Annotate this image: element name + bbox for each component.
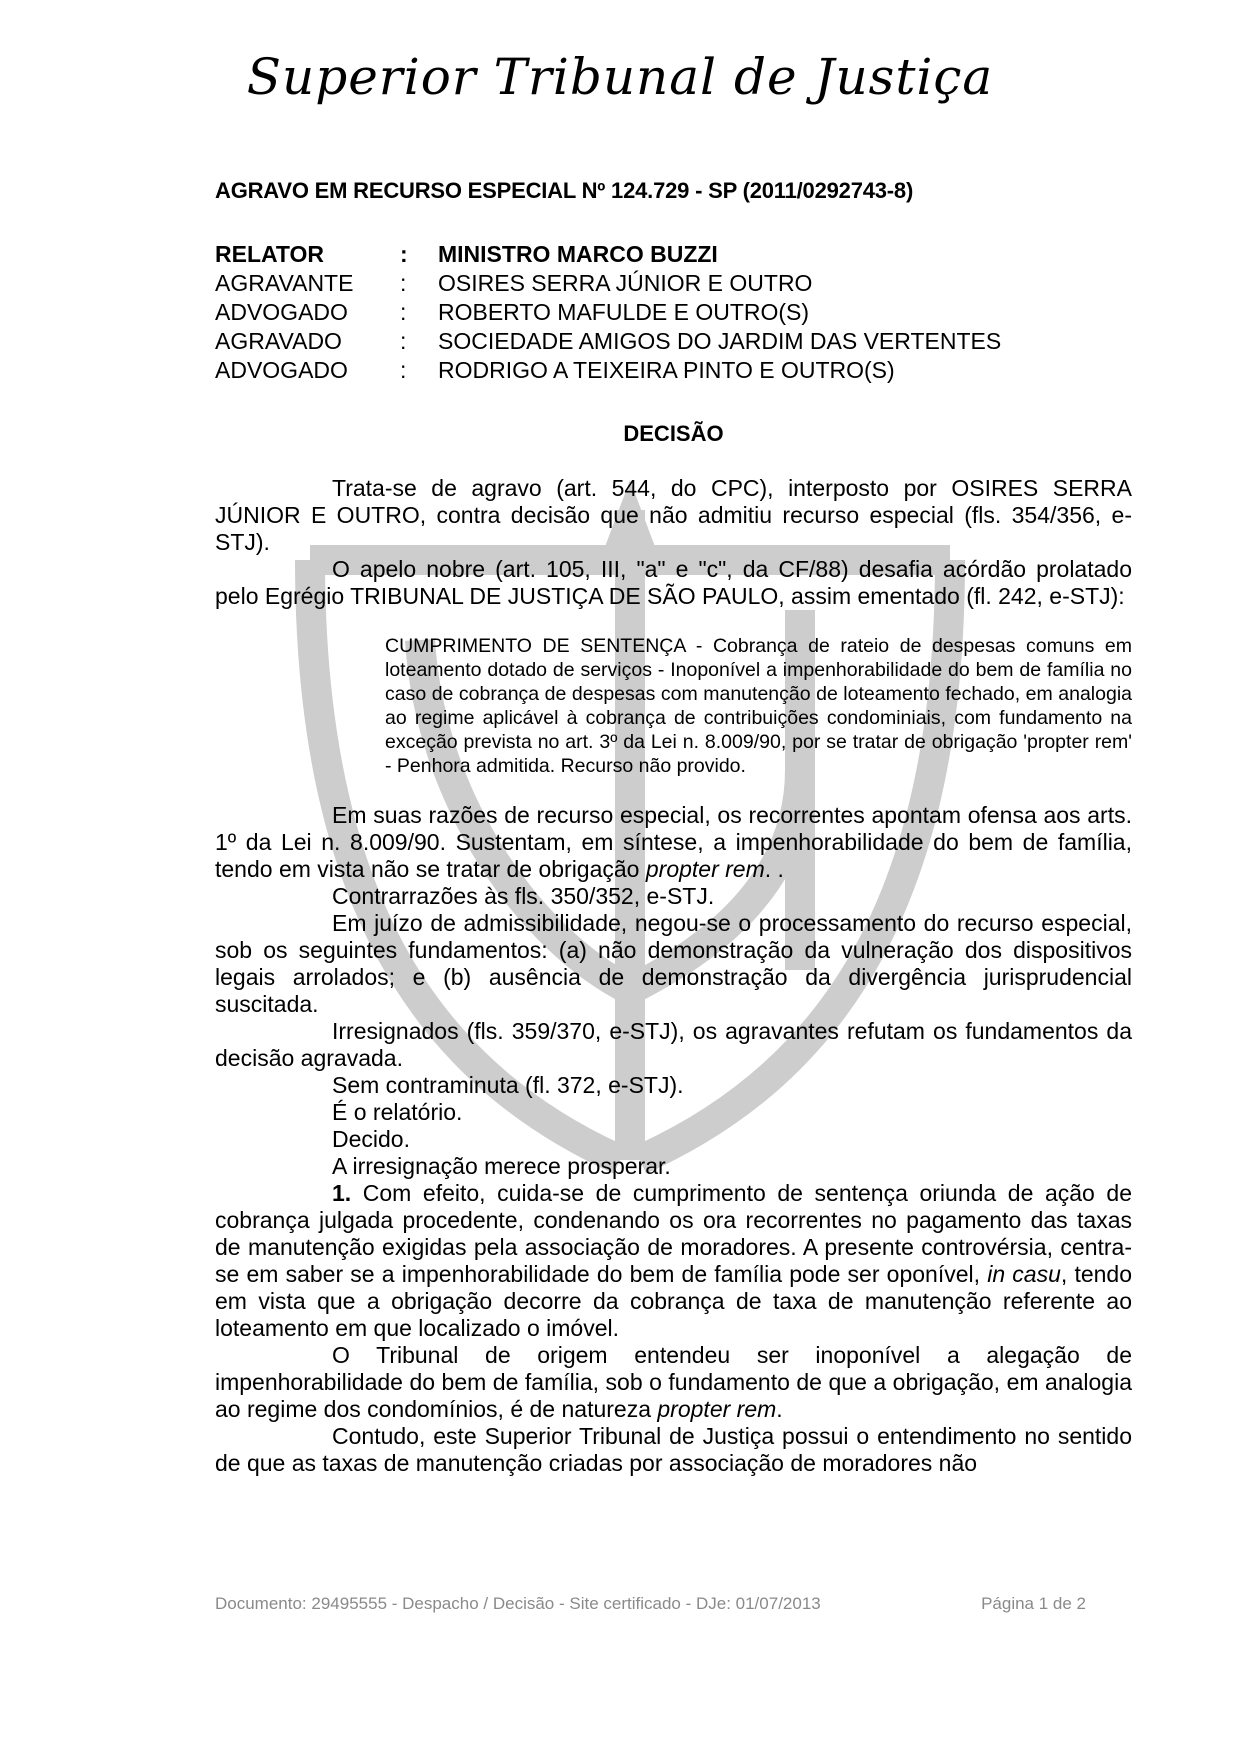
paragraph: Contrarrazões às fls. 350/352, e-STJ. <box>215 883 1132 910</box>
italic-term: propter rem <box>657 1396 776 1422</box>
party-row-relator: RELATOR : MINISTRO MARCO BUZZI <box>215 240 1132 269</box>
party-role: AGRAVADO <box>215 327 400 356</box>
paragraph: Trata-se de agravo (art. 544, do CPC), i… <box>215 475 1132 556</box>
paragraph: Em suas razões de recurso especial, os r… <box>215 802 1132 883</box>
block-quote-ementa: CUMPRIMENTO DE SENTENÇA - Cobrança de ra… <box>385 634 1132 778</box>
paragraph: O apelo nobre (art. 105, III, "a" e "c",… <box>215 556 1132 610</box>
party-role: AGRAVANTE <box>215 269 400 298</box>
party-row-agravante: AGRAVANTE : OSIRES SERRA JÚNIOR E OUTRO <box>215 269 1132 298</box>
party-separator: : <box>400 356 438 385</box>
document-body: AGRAVO EM RECURSO ESPECIAL Nº 124.729 - … <box>215 178 1132 1477</box>
party-separator: : <box>400 240 438 269</box>
case-title: AGRAVO EM RECURSO ESPECIAL Nº 124.729 - … <box>215 178 1132 204</box>
party-row-advogado-agravado: ADVOGADO : RODRIGO A TEIXEIRA PINTO E OU… <box>215 356 1132 385</box>
party-name: RODRIGO A TEIXEIRA PINTO E OUTRO(S) <box>438 356 895 385</box>
party-row-advogado: ADVOGADO : ROBERTO MAFULDE E OUTRO(S) <box>215 298 1132 327</box>
party-separator: : <box>400 269 438 298</box>
paragraph: A irresignação merece prosperar. <box>215 1153 1132 1180</box>
court-masthead: Superior Tribunal de Justiça <box>0 48 1240 106</box>
party-separator: : <box>400 327 438 356</box>
paragraph: O Tribunal de origem entendeu ser inopon… <box>215 1342 1132 1423</box>
party-role: RELATOR <box>215 240 400 269</box>
text: . . <box>765 856 784 882</box>
party-name: ROBERTO MAFULDE E OUTRO(S) <box>438 298 809 327</box>
paragraph: Contudo, este Superior Tribunal de Justi… <box>215 1423 1132 1477</box>
paragraph: Em juízo de admissibilidade, negou-se o … <box>215 910 1132 1018</box>
party-role: ADVOGADO <box>215 298 400 327</box>
paragraph: Decido. <box>215 1126 1132 1153</box>
page-footer: Documento: 29495555 - Despacho / Decisão… <box>215 1594 1132 1614</box>
party-row-agravado: AGRAVADO : SOCIEDADE AMIGOS DO JARDIM DA… <box>215 327 1132 356</box>
paragraph: Irresignados (fls. 359/370, e-STJ), os a… <box>215 1018 1132 1072</box>
party-name: SOCIEDADE AMIGOS DO JARDIM DAS VERTENTES <box>438 327 1001 356</box>
page-number: Página 1 de 2 <box>981 1594 1086 1614</box>
paragraph: Sem contraminuta (fl. 372, e-STJ). <box>215 1072 1132 1099</box>
parties-list: RELATOR : MINISTRO MARCO BUZZI AGRAVANTE… <box>215 240 1132 385</box>
document-info: Documento: 29495555 - Despacho / Decisão… <box>215 1594 821 1614</box>
party-role: ADVOGADO <box>215 356 400 385</box>
party-name: OSIRES SERRA JÚNIOR E OUTRO <box>438 269 812 298</box>
item-number: 1. <box>332 1180 351 1206</box>
italic-term: propter rem <box>646 856 765 882</box>
section-heading: DECISÃO <box>215 421 1132 447</box>
party-separator: : <box>400 298 438 327</box>
italic-term: in casu <box>987 1261 1061 1287</box>
text: . <box>776 1396 782 1422</box>
paragraph: 1. Com efeito, cuida-se de cumprimento d… <box>215 1180 1132 1342</box>
party-name: MINISTRO MARCO BUZZI <box>438 240 718 269</box>
paragraph: É o relatório. <box>215 1099 1132 1126</box>
